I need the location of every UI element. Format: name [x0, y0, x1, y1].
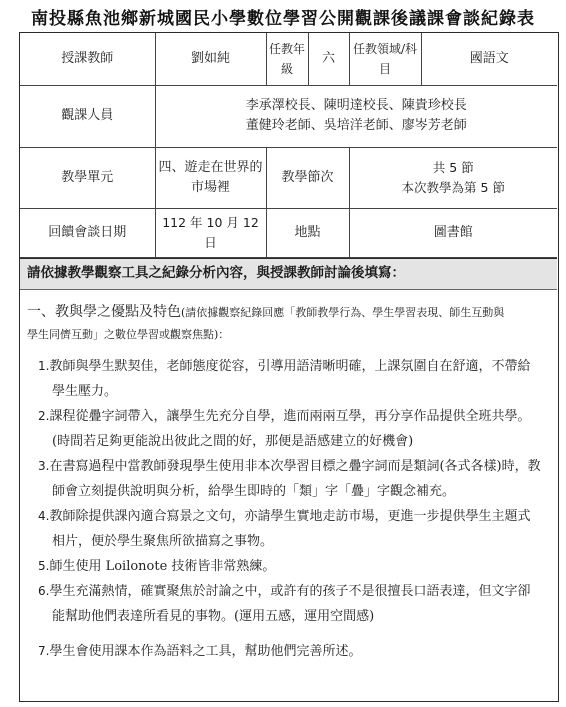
date-label: 回饋會談日期 [20, 208, 155, 257]
date-value: 112 年 10 月 12 日 [155, 208, 266, 257]
table-row: 回饋會談日期 112 年 10 月 12 日 地點 圖書館 [20, 208, 557, 257]
grade-value: 六 [308, 33, 349, 85]
list-item: 5.師生使用 Loilonote 技術皆非常熟練。 [38, 554, 543, 579]
table-row: 授課教師 劉如純 任教年級 六 任教領域/科目 國語文 [20, 33, 557, 85]
session-line-1: 共 5 節 [352, 158, 556, 178]
location-label: 地點 [266, 208, 349, 257]
instruction-band: 請依據教學觀察工具之紀錄分析內容，與授課教師討論後填寫： [20, 258, 557, 290]
session-value: 共 5 節 本次教學為第 5 節 [349, 147, 557, 208]
table-row: 觀課人員 李承澤校長、陳明達校長、陳貴珍校長 董健玲老師、吳培洋老師、廖岑芳老師 [20, 85, 557, 147]
feedback-section: 一、教與學之優點及特色(請依據觀察紀錄回應「教師教學行為、學生學習表現、師生互動… [20, 295, 557, 664]
record-form: 授課教師 劉如純 任教年級 六 任教領域/科目 國語文 觀課人員 李承澤校長、陳… [19, 32, 559, 702]
observers-line-2: 董健玲老師、吳培洋老師、廖岑芳老師 [158, 116, 556, 136]
list-item: 3.在書寫過程中當教師發現學生使用非本次學習目標之疊字詞而是類詞(各式各樣)時，… [38, 454, 543, 504]
observers-value: 李承澤校長、陳明達校長、陳貴珍校長 董健玲老師、吳培洋老師、廖岑芳老師 [155, 85, 557, 147]
list-item: 2.課程從疊字詞帶入，讓學生先充分自學，進而兩兩互學，再分享作品提供全班共學。(… [38, 404, 543, 454]
list-item: 1.教師與學生默契佳，老師態度從容，引導用語清晰明確，上課氛圍自在舒適，不帶給學… [38, 354, 543, 404]
list-item: 7.學生會使用課本作為語料之工具，幫助他們完善所述。 [38, 639, 543, 664]
subject-label: 任教領域/科目 [349, 33, 421, 85]
session-label: 教學節次 [266, 147, 349, 208]
teacher-label: 授課教師 [20, 33, 155, 85]
table-row: 教學單元 四、遊走在世界的 市場裡 教學節次 共 5 節 本次教學為第 5 節 [20, 147, 557, 208]
list-item: 4.教師除提供課內適合寫景之文句，亦請學生實地走訪市場，更進一步提供學生主題式相… [38, 504, 543, 554]
unit-value-line-2: 市場裡 [158, 178, 264, 198]
unit-value: 四、遊走在世界的 市場裡 [155, 147, 266, 208]
subject-value: 國語文 [421, 33, 557, 85]
section-title: 一、教與學之優點及特色 [27, 304, 181, 320]
location-value: 圖書館 [349, 208, 557, 257]
teacher-value: 劉如純 [155, 33, 266, 85]
section-heading: 一、教與學之優點及特色(請依據觀察紀錄回應「教師教學行為、學生學習表現、師生互動… [20, 299, 557, 346]
session-line-2: 本次教學為第 5 節 [352, 178, 556, 198]
section-note: (請依據觀察紀錄回應「教師教學行為、學生學習表現、師生互動與 [181, 306, 504, 319]
list-item: 6.學生充滿熱情，確實聚焦於討論之中，或許有的孩子不是很擅長口語表達，但文字卻能… [38, 579, 543, 629]
info-table: 授課教師 劉如純 任教年級 六 任教領域/科目 國語文 觀課人員 李承澤校長、陳… [20, 33, 557, 258]
unit-label: 教學單元 [20, 147, 155, 208]
section-note-continued: 學生同儕互動」之數位學習或觀察焦點)： [27, 324, 557, 346]
document-title: 南投縣魚池鄉新城國民小學數位學習公開觀課後議課會談紀錄表 [0, 4, 566, 29]
grade-label: 任教年級 [266, 33, 308, 85]
points-list: 1.教師與學生默契佳，老師態度從容，引導用語清晰明確，上課氛圍自在舒適，不帶給學… [20, 354, 557, 664]
observers-label: 觀課人員 [20, 85, 155, 147]
unit-value-line-1: 四、遊走在世界的 [158, 158, 264, 178]
observers-line-1: 李承澤校長、陳明達校長、陳貴珍校長 [158, 96, 556, 116]
